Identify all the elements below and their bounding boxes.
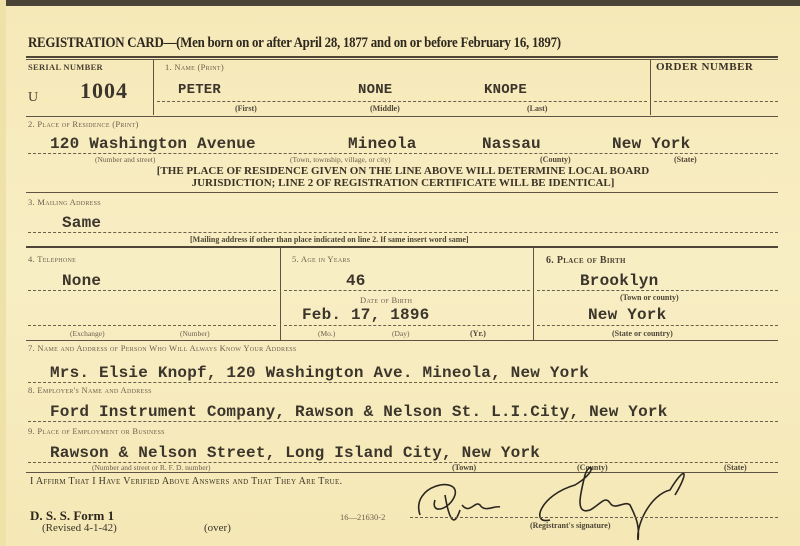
employment-state-caption: (State) [724, 463, 747, 472]
mailing-value: Same [62, 214, 101, 232]
first-name-caption: (First) [235, 104, 257, 113]
order-number-label: ORDER NUMBER [656, 61, 753, 73]
birthplace-town-caption: (Town or county) [620, 293, 679, 302]
form-revised: (Revised 4-1-42) [42, 522, 117, 534]
birthplace-state-line [537, 325, 778, 326]
telephone-line-1 [28, 290, 276, 291]
employer-line [28, 421, 778, 422]
age-label: 5. Age in Years [292, 254, 350, 264]
name-line [157, 101, 647, 102]
last-name-caption: (Last) [527, 104, 547, 113]
jurisdiction-notice: [THE PLACE OF RESIDENCE GIVEN ON THE LIN… [28, 165, 778, 189]
birthplace-label: 6. Place of Birth [546, 255, 626, 266]
birthplace-state-caption: (State or country) [612, 329, 673, 338]
birthplace-state-value: New York [588, 306, 666, 324]
day-caption: (Day) [392, 329, 410, 338]
print-code: 16—21630-2 [340, 512, 385, 522]
age-divider [280, 248, 281, 340]
scan-left-edge [0, 0, 6, 546]
scan-top-edge [0, 0, 800, 6]
title-rule-2 [26, 59, 778, 60]
contact-label: 7. Name and Address of Person Who Will A… [28, 343, 297, 353]
order-divider [650, 60, 651, 115]
birthplace-divider [533, 248, 534, 340]
mailing-label: 3. Mailing Address [28, 197, 101, 207]
jurisdiction-notice-line1: [THE PLACE OF RESIDENCE GIVEN ON THE LIN… [28, 165, 778, 177]
serial-divider [153, 60, 154, 115]
first-name-value: PETER [178, 82, 221, 98]
residence-town-value: Mineola [348, 135, 417, 153]
signature-line [410, 517, 778, 518]
middle-name-value: NONE [358, 82, 392, 98]
dob-label: Date of Birth [360, 295, 412, 305]
age-value: 46 [346, 272, 366, 290]
employer-label: 8. Employer's Name and Address [28, 385, 152, 395]
mailing-line [28, 232, 778, 233]
employer-value: Ford Instrument Company, Rawson & Nelson… [50, 403, 668, 421]
dob-value: Feb. 17, 1896 [302, 306, 429, 324]
birthplace-town-value: Brooklyn [580, 272, 658, 290]
telephone-label: 4. Telephone [28, 254, 76, 264]
residence-street-value: 120 Washington Avenue [50, 135, 256, 153]
residence-state-caption: (State) [674, 155, 697, 164]
residence-county-caption: (County) [540, 155, 571, 164]
telephone-line-2 [28, 325, 276, 326]
name-label: 1. Name (Print) [165, 62, 224, 72]
serial-number-value: 1004 [80, 78, 128, 104]
title-rule [26, 56, 778, 58]
registrant-signature-icon [400, 455, 700, 545]
last-name-value: KNOPE [484, 82, 527, 98]
over-note: (over) [204, 522, 231, 534]
residence-county-value: Nassau [482, 135, 541, 153]
card-title: REGISTRATION CARD—(Men born on or after … [28, 35, 561, 52]
order-number-line [654, 101, 778, 102]
jurisdiction-notice-line2: JURISDICTION; LINE 2 OF REGISTRATION CER… [28, 177, 778, 189]
serial-prefix: U [28, 90, 38, 106]
residence-town-caption: (Town, township, village, or city) [290, 155, 391, 164]
employment-street-caption: (Number and street or R. F. D. number) [92, 463, 211, 472]
registration-card: REGISTRATION CARD—(Men born on or after … [0, 0, 800, 546]
number-caption: (Number) [180, 329, 210, 338]
month-caption: (Mo.) [318, 329, 335, 338]
mailing-note: [Mailing address if other than place ind… [190, 235, 469, 244]
contact-value: Mrs. Elsie Knopf, 120 Washington Ave. Mi… [50, 364, 589, 382]
age-line [284, 290, 530, 291]
residence-label: 2. Place of Residence (Print) [28, 119, 139, 129]
year-caption: (Yr.) [470, 329, 486, 338]
row4-rule [26, 340, 778, 341]
contact-line [28, 382, 778, 383]
employment-place-label: 9. Place of Employment or Business [28, 426, 165, 436]
dob-line [284, 325, 530, 326]
affirmation-text: I Affirm That I Have Verified Above Answ… [30, 476, 342, 487]
residence-street-caption: (Number and street) [95, 155, 155, 164]
exchange-caption: (Exchange) [70, 329, 105, 338]
signature-caption: (Registrant's signature) [530, 521, 611, 530]
row3-rule [26, 246, 778, 248]
telephone-value: None [62, 272, 101, 290]
row1-rule [26, 116, 778, 117]
residence-line [28, 153, 778, 154]
birthplace-town-line [537, 290, 778, 291]
serial-number-label: SERIAL NUMBER [28, 62, 103, 72]
middle-name-caption: (Middle) [370, 104, 400, 113]
row2-rule [26, 192, 778, 193]
residence-state-value: New York [612, 135, 690, 153]
